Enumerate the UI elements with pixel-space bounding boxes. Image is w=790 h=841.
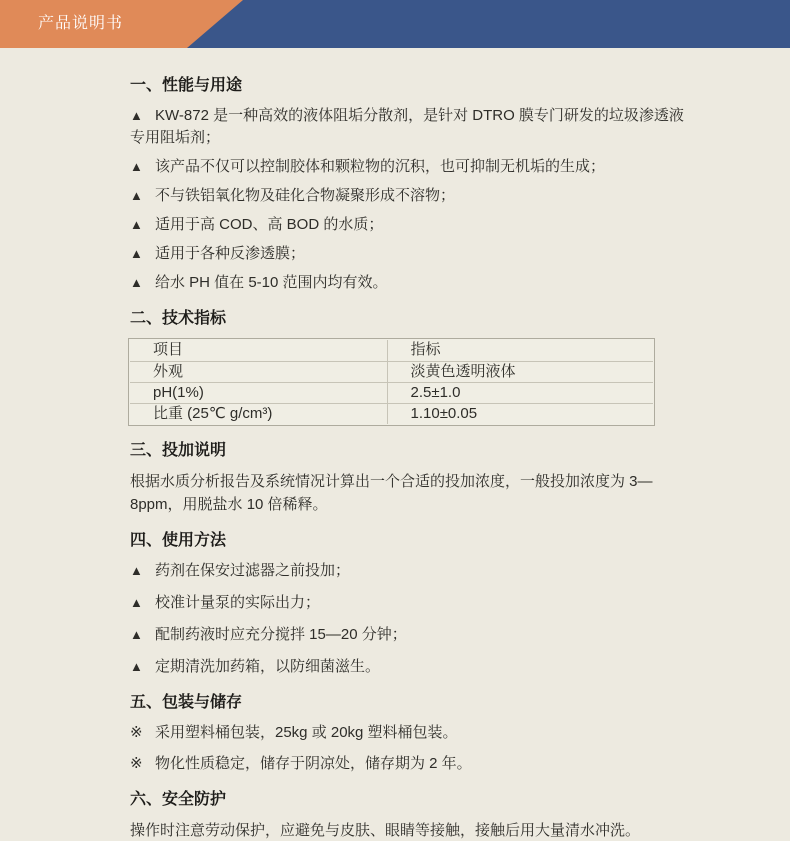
bullet-text: 该产品不仅可以控制胶体和颗粒物的沉积，也可抑制无机垢的生成； bbox=[155, 158, 605, 175]
section-title: 三、投加说明 bbox=[130, 440, 690, 462]
triangle-bullet-icon: ▲ bbox=[130, 656, 155, 678]
section-dosing-instructions: 三、投加说明 根据水质分析报告及系统情况计算出一个合适的投加浓度，一般投加浓度为… bbox=[130, 440, 690, 516]
section-title: 五、包装与储存 bbox=[130, 692, 690, 714]
triangle-bullet-icon: ▲ bbox=[130, 156, 155, 178]
table-header-row: 项目 指标 bbox=[130, 340, 653, 361]
bullet-text: 药剂在保安过滤器之前投加； bbox=[155, 562, 350, 579]
bullet-item: ▲适用于高 COD、高 BOD 的水质； bbox=[130, 214, 690, 236]
reference-mark-icon: ※ bbox=[130, 753, 155, 775]
bullet-item: ▲配制药液时应充分搅拌 15—20 分钟； bbox=[130, 624, 690, 646]
bullet-item: ▲适用于各种反渗透膜； bbox=[130, 243, 690, 265]
table-row: 比重 (25℃ g/cm³) 1.10±0.05 bbox=[130, 403, 653, 424]
section-safety-protection: 六、安全防护 操作时注意劳动保护，应避免与皮肤、眼睛等接触，接触后用大量清水冲洗… bbox=[130, 789, 690, 841]
table-header-item: 项目 bbox=[130, 340, 387, 361]
triangle-bullet-icon: ▲ bbox=[130, 105, 155, 127]
table-row: 外观 淡黄色透明液体 bbox=[130, 361, 653, 382]
table-cell-property: pH(1%) bbox=[130, 382, 387, 403]
section-title: 四、使用方法 bbox=[130, 530, 690, 552]
triangle-bullet-icon: ▲ bbox=[130, 243, 155, 265]
bullet-text: 适用于高 COD、高 BOD 的水质； bbox=[155, 216, 383, 233]
product-manual-page: 产品说明书 一、性能与用途 ▲KW-872 是一种高效的液体阻垢分散剂，是针对 … bbox=[0, 0, 790, 841]
bullet-text: 给水 PH 值在 5-10 范围内均有效。 bbox=[155, 274, 388, 291]
bullet-text: 校准计量泵的实际出力； bbox=[155, 594, 320, 611]
header-tab: 产品说明书 bbox=[0, 0, 243, 48]
triangle-bullet-icon: ▲ bbox=[130, 592, 155, 614]
spec-table-wrapper: 项目 指标 外观 淡黄色透明液体 pH(1%) 2.5±1.0 比重 (25℃ … bbox=[128, 338, 655, 426]
page-title: 产品说明书 bbox=[0, 0, 243, 48]
section-technical-specs: 二、技术指标 项目 指标 外观 淡黄色透明液体 pH(1%) 2.5±1.0 bbox=[130, 308, 690, 426]
triangle-bullet-icon: ▲ bbox=[130, 624, 155, 646]
bullet-item: ▲给水 PH 值在 5-10 范围内均有效。 bbox=[130, 272, 690, 294]
section-packaging-storage: 五、包装与储存 ※采用塑料桶包装，25kg 或 20kg 塑料桶包装。 ※物化性… bbox=[130, 692, 690, 775]
bullet-item: ※物化性质稳定，储存于阴凉处，储存期为 2 年。 bbox=[130, 753, 690, 775]
bullet-text: 适用于各种反渗透膜； bbox=[155, 245, 305, 262]
reference-mark-icon: ※ bbox=[130, 722, 155, 744]
bullet-text: KW-872 是一种高效的液体阻垢分散剂，是针对 DTRO 膜专门研发的垃圾渗透… bbox=[130, 107, 684, 146]
bullet-item: ▲校准计量泵的实际出力； bbox=[130, 592, 690, 614]
bullet-text: 定期清洗加药箱，以防细菌滋生。 bbox=[155, 658, 380, 675]
table-cell-value: 1.10±0.05 bbox=[387, 403, 653, 424]
table-cell-value: 2.5±1.0 bbox=[387, 382, 653, 403]
section-title: 二、技术指标 bbox=[130, 308, 690, 330]
triangle-bullet-icon: ▲ bbox=[130, 185, 155, 207]
bullet-text: 配制药液时应充分搅拌 15—20 分钟； bbox=[155, 626, 407, 643]
triangle-bullet-icon: ▲ bbox=[130, 560, 155, 582]
bullet-text: 采用塑料桶包装，25kg 或 20kg 塑料桶包装。 bbox=[155, 724, 458, 741]
table-cell-property: 比重 (25℃ g/cm³) bbox=[130, 403, 387, 424]
section-usage-method: 四、使用方法 ▲药剂在保安过滤器之前投加； ▲校准计量泵的实际出力； ▲配制药液… bbox=[130, 530, 690, 678]
header-bar: 产品说明书 bbox=[0, 0, 790, 48]
table-cell-value: 淡黄色透明液体 bbox=[387, 361, 653, 382]
bullet-item: ※采用塑料桶包装，25kg 或 20kg 塑料桶包装。 bbox=[130, 722, 690, 744]
section-performance-usage: 一、性能与用途 ▲KW-872 是一种高效的液体阻垢分散剂，是针对 DTRO 膜… bbox=[130, 75, 690, 294]
bullet-item: ▲该产品不仅可以控制胶体和颗粒物的沉积，也可抑制无机垢的生成； bbox=[130, 156, 690, 178]
paragraph-text: 操作时注意劳动保护，应避免与皮肤、眼睛等接触，接触后用大量清水冲洗。 bbox=[130, 819, 690, 841]
table-cell-property: 外观 bbox=[130, 361, 387, 382]
triangle-bullet-icon: ▲ bbox=[130, 214, 155, 236]
bullet-item: ▲KW-872 是一种高效的液体阻垢分散剂，是针对 DTRO 膜专门研发的垃圾渗… bbox=[130, 105, 690, 149]
triangle-bullet-icon: ▲ bbox=[130, 272, 155, 294]
paragraph-text: 根据水质分析报告及系统情况计算出一个合适的投加浓度，一般投加浓度为 3—8ppm… bbox=[130, 470, 690, 516]
table-header-indicator: 指标 bbox=[387, 340, 653, 361]
document-content: 一、性能与用途 ▲KW-872 是一种高效的液体阻垢分散剂，是针对 DTRO 膜… bbox=[0, 48, 790, 841]
section-title: 一、性能与用途 bbox=[130, 75, 690, 97]
bullet-text: 物化性质稳定，储存于阴凉处，储存期为 2 年。 bbox=[155, 755, 472, 772]
bullet-item: ▲不与铁铝氧化物及硅化合物凝聚形成不溶物； bbox=[130, 185, 690, 207]
spec-table: 项目 指标 外观 淡黄色透明液体 pH(1%) 2.5±1.0 比重 (25℃ … bbox=[130, 340, 653, 424]
bullet-item: ▲药剂在保安过滤器之前投加； bbox=[130, 560, 690, 582]
bullet-item: ▲定期清洗加药箱，以防细菌滋生。 bbox=[130, 656, 690, 678]
table-row: pH(1%) 2.5±1.0 bbox=[130, 382, 653, 403]
section-title: 六、安全防护 bbox=[130, 789, 690, 811]
bullet-text: 不与铁铝氧化物及硅化合物凝聚形成不溶物； bbox=[155, 187, 455, 204]
